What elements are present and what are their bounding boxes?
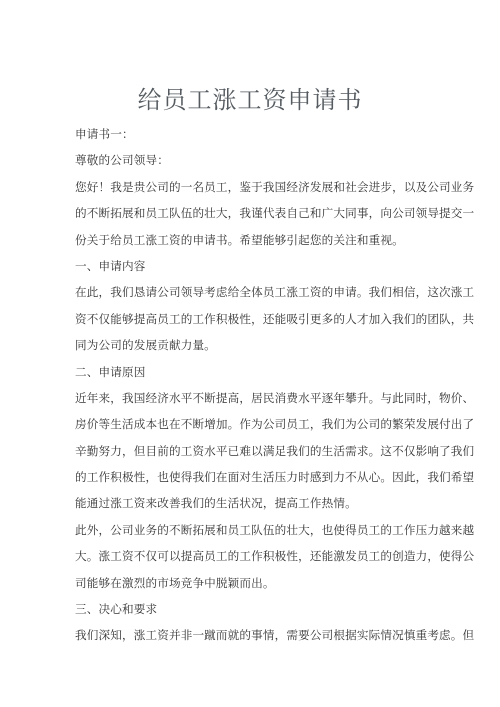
- paragraph-line: 我们深知，涨工资并非一蹴而就的事情，需要公司根据实际情况慎重考虑。但: [75, 625, 425, 651]
- document-body: 申请书一： 尊敬的公司领导： 您好！我是贵公司的一名员工，鉴于我国经济发展和社会…: [75, 124, 425, 652]
- paragraph-line: 的不断拓展和员工队伍的壮大，我谨代表自己和广大同事，向公司领导提交一: [75, 203, 425, 229]
- section-heading: 二、申请原因: [75, 362, 425, 388]
- paragraph-line: 同为公司的发展贡献力量。: [75, 335, 425, 361]
- document-title: 给员工涨工资申请书: [0, 80, 500, 115]
- paragraph-line: 此外，公司业务的不断拓展和员工队伍的壮大，也使得员工的工作压力越来越: [75, 520, 425, 546]
- paragraph-line: 您好！我是贵公司的一名员工，鉴于我国经济发展和社会进步，以及公司业务: [75, 177, 425, 203]
- paragraph-line: 大。涨工资不仅可以提高员工的工作积极性，还能激发员工的创造力，使得公: [75, 546, 425, 572]
- section-heading: 一、申请内容: [75, 256, 425, 282]
- paragraph-line: 在此，我们恳请公司领导考虑给全体员工涨工资的申请。我们相信，这次涨工: [75, 282, 425, 308]
- paragraph-line: 资不仅能够提高员工的工作积极性，还能吸引更多的人才加入我们的团队，共: [75, 309, 425, 335]
- paragraph-line: 份关于给员工涨工资的申请书。希望能够引起您的关注和重视。: [75, 230, 425, 256]
- paragraph-line: 司能够在激烈的市场竞争中脱颖而出。: [75, 573, 425, 599]
- paragraph-line: 近年来，我国经济水平不断提高，居民消费水平逐年攀升。与此同时，物价、: [75, 388, 425, 414]
- salutation: 尊敬的公司领导：: [75, 150, 425, 176]
- paragraph-line: 房价等生活成本也在不断增加。作为公司员工，我们为公司的繁荣发展付出了: [75, 414, 425, 440]
- paragraph-line: 辛勤努力，但目前的工资水平已难以满足我们的生活需求。这不仅影响了我们: [75, 441, 425, 467]
- paragraph-line: 能通过涨工资来改善我们的生活状况，提高工作热情。: [75, 493, 425, 519]
- section-label: 申请书一：: [75, 124, 425, 150]
- paragraph-line: 的工作积极性，也使得我们在面对生活压力时感到力不从心。因此，我们希望: [75, 467, 425, 493]
- section-heading: 三、决心和要求: [75, 599, 425, 625]
